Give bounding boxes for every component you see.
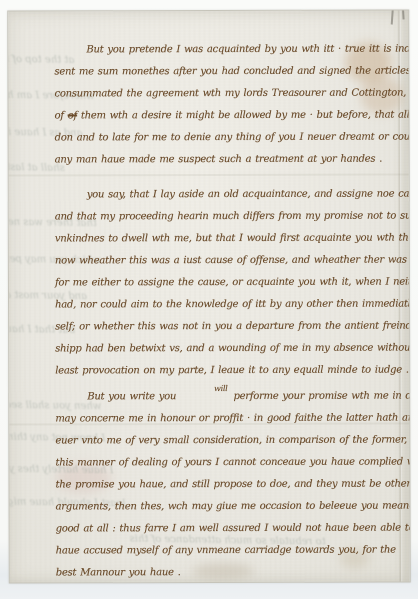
letter-line: self; or whether this was not in you a d… (55, 315, 407, 338)
paragraph-2: you say, that I lay aside an old acquain… (55, 183, 408, 382)
letter-paper: at the top of this wherefore I am hartel… (7, 9, 410, 583)
letter-line: any man haue made me suspect such a trea… (55, 148, 407, 171)
letter-line: you say, that I lay aside an old acquain… (55, 183, 407, 206)
letter-line: shipp had ben betwixt vs, and a wounding… (55, 337, 407, 360)
letter-line: euer vnto me of very small consideration… (55, 429, 407, 452)
line-text: performe your promise wth me in doing an… (229, 390, 410, 402)
letter-line: best Mannour you haue . (56, 561, 408, 583)
letter-line: this manner of dealing of yours I cannot… (55, 451, 407, 474)
letter-line: now wheather this was a iust cause of of… (55, 249, 407, 272)
letter-line: of of them wth a desire it might be allo… (54, 104, 406, 127)
letter-scan: at the top of this wherefore I am hartel… (0, 0, 418, 599)
interlined-word: will (182, 385, 228, 393)
letter-line: consummated the agreement wth my lords T… (54, 82, 406, 105)
letter-line: don and to late for me to denie any thin… (55, 126, 407, 149)
letter-line: arguments, then thes, wch may giue me oc… (56, 495, 408, 518)
letter-line: least provocation on my parte, I leaue i… (55, 359, 407, 382)
letter-line: But you pretende I was acquainted by you… (54, 38, 406, 61)
letter-line: But you write you will performe your pro… (55, 385, 407, 408)
letter-line: vnkindnes to dwell wth me, but that I wo… (55, 227, 407, 250)
line-text: of (55, 110, 68, 121)
letter-line: and that my proceeding hearin much diffe… (55, 205, 407, 228)
letter-line: had, nor could aim to the knowledge of i… (55, 293, 407, 316)
paragraph-1: But you pretende I was acquainted by you… (54, 38, 406, 171)
letter-line: sent me sum monethes after you had concl… (54, 60, 406, 83)
letter-line: haue accused myself of any vnmeane carri… (56, 539, 408, 562)
letter-line: for me either to assigne the cause, or a… (55, 271, 407, 294)
letter-line: may concerne me in honour or proffit · i… (55, 407, 407, 430)
line-text: But you write you (87, 391, 180, 402)
line-text: them wth a desire it might be allowed by… (77, 109, 411, 121)
letter-text: But you pretende I was acquainted by you… (54, 38, 407, 583)
paragraph-3: But you write you will performe your pro… (55, 385, 408, 583)
letter-line: good at all : thus farre I am well assur… (56, 517, 408, 540)
letter-line: the promise you haue, and still propose … (55, 473, 407, 496)
